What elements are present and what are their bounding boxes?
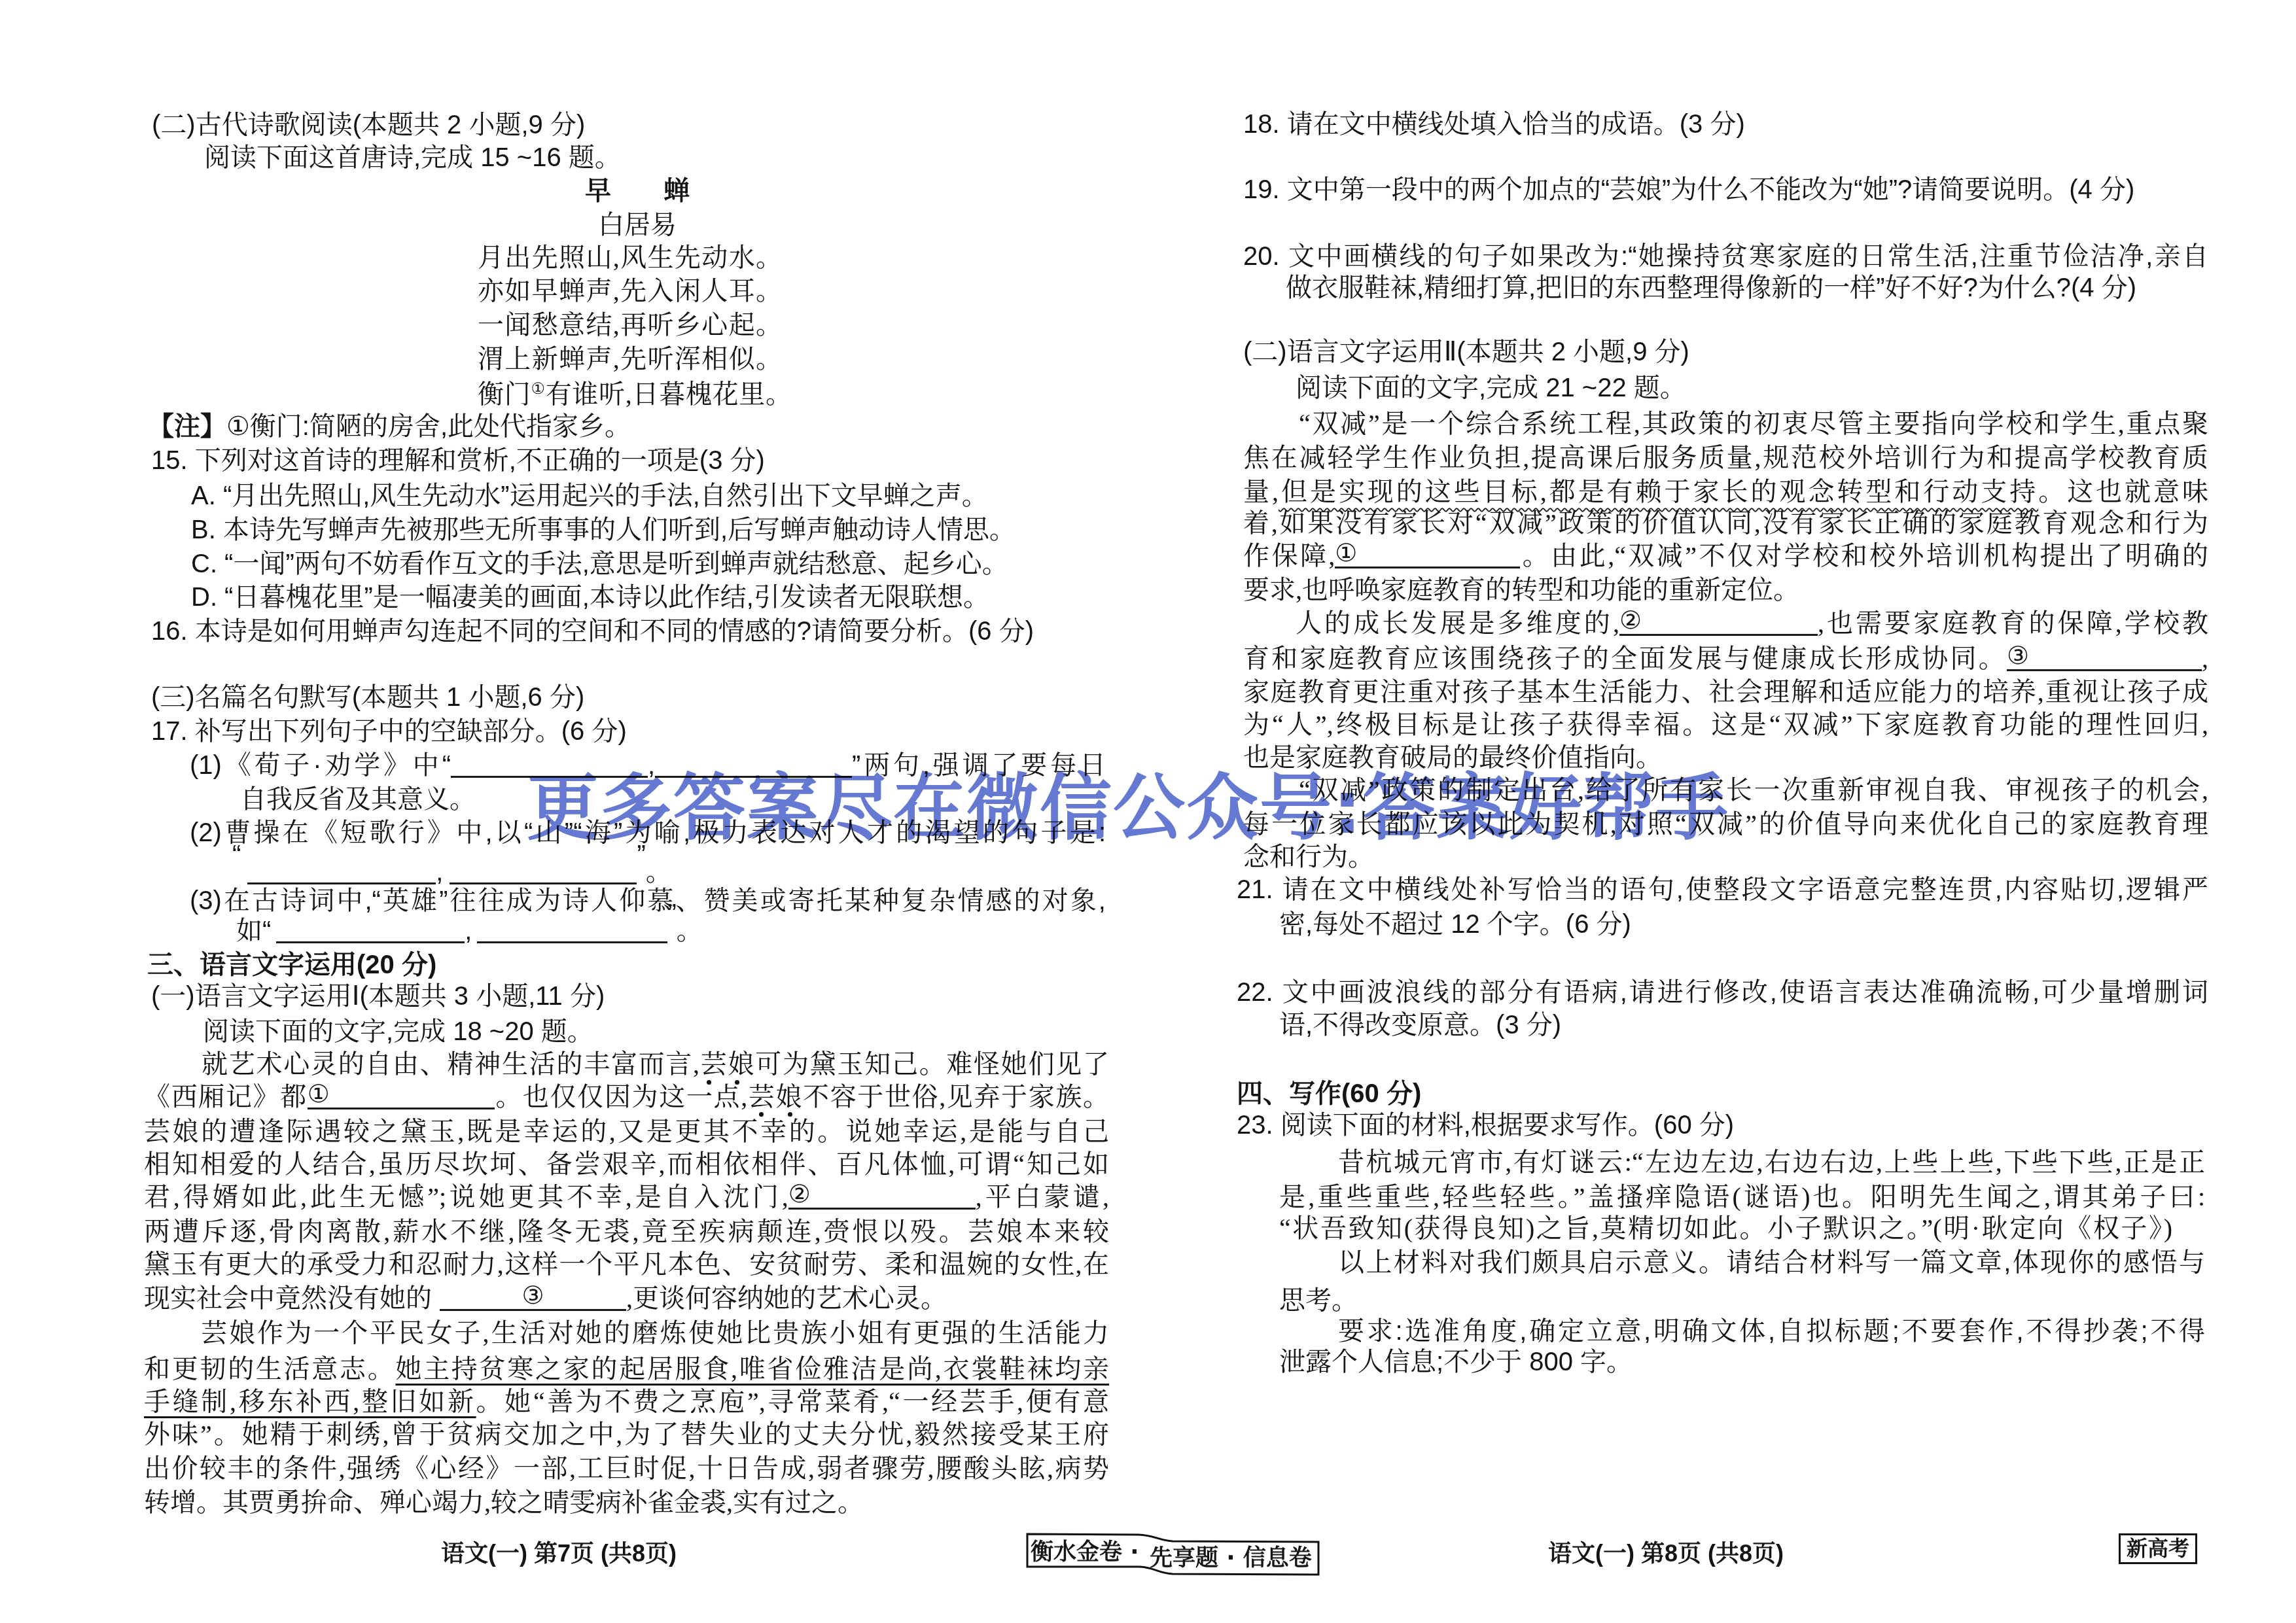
passage-text: 。也仅仅因为这一点,芸娘不容于世俗,见弃于家族。 (495, 1082, 1109, 1111)
passage-text: 量, (1243, 477, 1279, 506)
question-17-item-3: (3)在古诗词中,“英雄”往往成为诗人仰慕、赞美或寄托某种复杂情感的对象, (190, 884, 1106, 917)
watermark-overlay: 更多答案尽在微信公众号:答案好帮手 (527, 772, 1729, 844)
poem-line: 衡门①有谁听,日暮槐花里。 (478, 378, 792, 411)
underlined-sentence: 手缝制,移东补西,整旧如新 (144, 1387, 476, 1416)
passage-text: ,更谈何容纳她的艺术心灵。 (626, 1283, 947, 1313)
part-3-sub-heading: (一)语言文字运用Ⅰ(本题共 3 小题,11 分) (151, 980, 605, 1013)
answer-blank: ① (1335, 540, 1520, 568)
emphasis-dot (788, 1112, 792, 1117)
emphasis-dot (759, 1112, 764, 1117)
part-4-heading: 四、写作(60 分) (1237, 1077, 1421, 1110)
passage-line: 育和家庭教育应该围绕孩子的全面发展与健康成长形成协同。③, (1243, 642, 2208, 675)
open-quote: “ (232, 841, 241, 869)
question-17-item-2-blanks: “,”。 (232, 856, 672, 888)
question-17-item-1-continuation: 自我反省及其意义。 (240, 783, 476, 816)
part-2-heading: (二)语言文字运用Ⅱ(本题共 2 小题,9 分) (1243, 336, 1689, 368)
question-22-stem-continuation: 语,不得改变原意。(3 分) (1279, 1009, 1561, 1041)
passage-line: 手缝制,移东补西,整旧如新。她“善为不费之烹庖”,寻常菜肴,“一经芸手,便有意 (144, 1386, 1109, 1418)
publisher-banner-right: 先享题 · 信息卷 (1150, 1545, 1312, 1571)
footnote-marker: ① (531, 381, 545, 398)
answer-blank: ① (308, 1081, 495, 1109)
period: 。 (677, 916, 703, 945)
poetry-instruction: 阅读下面这首唐诗,完成 15 ~16 题。 (204, 141, 621, 174)
part-2-instruction: 阅读下面的文字,完成 21 ~22 题。 (1296, 372, 1686, 404)
note-label: 【注】 (148, 412, 226, 441)
emphasis-dot (707, 1080, 711, 1085)
part-3-heading: 三、语言文字运用(20 分) (147, 949, 436, 981)
underlined-sentence: 她主持贫寒之家的起居服食,唯省俭雅洁是尚,衣裳鞋袜均亲 (395, 1354, 1109, 1384)
passage-line: 相知相爱的人结合,虽历尽坎坷、备尝艰辛,而相依相伴、百凡体恤,可谓“知己如 (144, 1148, 1109, 1181)
question-19-stem: 19. 文中第一段中的两个加点的“芸娘”为什么不能改为“她”?请简要说明。(4 … (1243, 173, 2134, 206)
passage-text: 《西厢记》都 (144, 1082, 308, 1111)
answer-blank: ③ (2007, 642, 2202, 671)
part-3-instruction: 阅读下面的文字,完成 18 ~20 题。 (203, 1015, 593, 1048)
wavy-underlined-sentence: 但是实现的这些目标,都是有赖于家长的观念转型和行动支持 (1279, 477, 2038, 506)
poem-line-text: 有谁听,日暮槐花里。 (546, 379, 792, 409)
passage-text: 人的成长发展是多维度的, (1296, 608, 1619, 638)
poem-title: 早 蝉 (585, 175, 690, 207)
passage-line: 现实社会中竟然没有她的③,更谈何容纳她的艺术心灵。 (144, 1282, 947, 1315)
passage-line: “双减”是一个综合系统工程,其政策的初衷尽管主要指向学校和学生,重点聚 (1299, 408, 2208, 440)
answer-blank (247, 856, 436, 884)
new-gaokao-badge: 新高考 (2119, 1533, 2197, 1564)
writing-task-line: 以上材料对我们颇具启示意义。请结合材料写一篇文章,体现你的感悟与 (1338, 1246, 2205, 1279)
page-footer-left: 语文(一) 第7页 (共8页) (441, 1537, 677, 1570)
poetry-section-heading: (二)古代诗歌阅读(本题共 2 小题,9 分) (152, 109, 585, 141)
writing-material-line: 是,重些重些,轻些轻些。”盖搔痒隐语(谜语)也。阳明先生闻之,谓其弟子曰: (1279, 1181, 2205, 1213)
passage-text: 作保障, (1243, 541, 1335, 570)
passage-line: 《西厢记》都①。也仅仅因为这一点,芸娘不容于世俗,见弃于家族。 (144, 1081, 1109, 1113)
passage-line: 转增。其贾勇拚命、殚心竭力,较之晴雯病补雀金裘,实有过之。 (144, 1486, 864, 1519)
passage-line: 两遭斥逐,骨肉离散,薪水不继,隆冬无裘,竟至疾病颠连,赍恨以殁。芸娘本来较 (144, 1215, 1109, 1248)
passage-text: 育和家庭教育应该围绕孩子的全面发展与健康成长形成协同。 (1243, 644, 2007, 673)
passage-text: ,也需要家庭教育的保障,学校教 (1818, 608, 2208, 638)
poem-note: 【注】①衡门:简陋的房舍,此处代指家乡。 (148, 410, 631, 443)
answer-blank (276, 915, 465, 943)
passage-line: 外味”。她精于刺绣,曾于贫病交加之中,为了替失业的丈夫分忧,毅然接受某王府 (144, 1418, 1109, 1451)
passage-line: 芸娘的遭逢际遇较之黛玉,既是幸运的,又是更其不幸的。说她幸运,是能与自己 (144, 1115, 1109, 1148)
separator: , (465, 916, 472, 945)
question-16-stem: 16. 本诗是如何用蝉声勾连起不同的空间和不同的情感的?请简要分析。(6 分) (151, 615, 1034, 648)
poem-line: 月出先照山,风生先动水。 (478, 241, 782, 274)
question-21-stem-continuation: 密,每处不超过 12 个字。(6 分) (1279, 908, 1631, 941)
passage-text: ,平白蒙谴, (976, 1182, 1109, 1212)
passage-line: 黛玉有更大的承受力和忍耐力,这样一个平凡本色、安贫耐劳、柔和温婉的女性,在 (144, 1248, 1109, 1281)
question-15-option-c: C. “一闻”两句不妨看作互文的手法,意思是听到蝉声就结愁意、起乡心。 (191, 548, 1008, 580)
exam-paper-spread: (二)古代诗歌阅读(本题共 2 小题,9 分) 阅读下面这首唐诗,完成 15 ~… (0, 0, 2296, 1623)
passage-line: 要求,也呼唤家庭教育的转型和功能的重新定位。 (1243, 574, 1799, 606)
passage-line: 君,得婿如此,此生无憾”;说她更其不幸,是自入沈门,②,平白蒙谴, (144, 1181, 1109, 1213)
question-15-option-b: B. 本诗先写蝉声先被那些无所事事的人们听到,后写蝉声触动诗人情思。 (191, 514, 1016, 546)
question-15-stem: 15. 下列对这首诗的理解和赏析,不正确的一项是(3 分) (151, 444, 765, 477)
passage-line: 为“人”,终极目标是让孩子获得幸福。这是“双减”下家庭教育功能的理性回归, (1243, 708, 2208, 741)
period: 。 (646, 858, 672, 886)
passage-line: 焦在减轻学生作业负担,提高课后服务质量,规范校外培训行为和提高学校教育质 (1243, 442, 2208, 474)
page-footer-right: 语文(一) 第8页 (共8页) (1548, 1537, 1784, 1570)
question-15-option-a: A. “月出先照山,风生先动水”运用起兴的手法,自然引出下文早蝉之声。 (191, 480, 988, 512)
question-20-stem: 20. 文中画横线的句子如果改为:“她操持贫寒家庭的日常生活,注重节俭洁净,亲自 (1243, 240, 2208, 273)
passage-text: 现实社会中竟然没有她的 (144, 1283, 432, 1313)
writing-material-line: 昔杭城元宵市,有灯谜云:“左边左边,右边右边,上些上些,下些下些,正是正 (1338, 1146, 2205, 1179)
writing-task-line: 思考。 (1279, 1284, 1358, 1317)
writing-requirements-line: 要求:选准角度,确定立意,明确文体,自拟标题;不要套作,不得抄袭;不得 (1338, 1315, 2205, 1348)
answer-blank: ③ (440, 1282, 626, 1311)
writing-material-line: “状吾致知(获得良知)之旨,莫精切如此。小子默识之。”(明·耿定向《权子》) (1279, 1212, 2172, 1245)
question-17-stem: 17. 补写出下列句子中的空缺部分。(6 分) (151, 715, 627, 748)
question-22-stem: 22. 文中画波浪线的部分有语病,请进行修改,使语言表达准确流畅,可少量增删词 (1237, 976, 2208, 1009)
passage-text: , (2202, 644, 2208, 673)
poem-line: 亦如早蝉声,先入闲人耳。 (478, 275, 782, 307)
passage-line: 家庭教育更注重对孩子基本生活能力、社会理解和适应能力的培养,重视让孩子成 (1243, 676, 2208, 708)
passage-line: 着,如果没有家长对“双减”政策的价值认同,没有家长正确的家庭教育观念和行为 (1243, 507, 2208, 540)
question-20-stem-continuation: 做衣服鞋袜,精细打算,把旧的东西整理得像新的一样”好不好?为什么?(4 分) (1286, 271, 2136, 304)
passage-text: 。这也就意味 (2038, 477, 2208, 506)
passage-line: 人的成长发展是多维度的,②,也需要家庭教育的保障,学校教 (1296, 607, 2208, 640)
question-15-option-d: D. “日暮槐花里”是一幅凄美的画面,本诗以此作结,引发读者无限联想。 (191, 581, 989, 614)
publisher-banner-left: 衡水金卷 · (1031, 1539, 1139, 1565)
question-18-stem: 18. 请在文中横线处填入恰当的成语。(3 分) (1243, 108, 1745, 141)
passage-line: 芸娘作为一个平民女子,生活对她的磨炼使她比贵族小姐有更强的生活能力 (201, 1317, 1109, 1350)
dictation-section-heading: (三)名篇名句默写(本题共 1 小题,6 分) (151, 681, 584, 714)
answer-blank: ② (1619, 607, 1818, 636)
question-21-stem: 21. 请在文中横线处补写恰当的语句,使整段文字语意完整连贯,内容贴切,逻辑严 (1237, 873, 2208, 906)
poem-author: 白居易 (598, 209, 677, 241)
passage-text: 。她“善为不费之烹庖”,寻常菜肴,“一经芸手,便有意 (476, 1387, 1109, 1416)
poem-line-text: 衡门 (478, 379, 531, 409)
lead-text: 如“ (236, 916, 271, 945)
question-17-item-3-blanks: 如“,”。 (236, 915, 703, 947)
question-23-stem: 23. 阅读下面的材料,根据要求写作。(60 分) (1237, 1109, 1734, 1142)
passage-text: 君,得婿如此,此生无憾”;说她更其不幸,是自入沈门, (144, 1182, 788, 1212)
passage-line: 就艺术心灵的自由、精神生活的丰富而言,芸娘可为黛玉知己。难怪她们见了 (202, 1048, 1109, 1081)
passage-line: 作保障,①。由此,“双减”不仅对学校和校外培训机构提出了明确的 (1243, 540, 2208, 572)
emphasis-dot (735, 1080, 739, 1085)
passage-text: 。由此,“双减”不仅对学校和校外培训机构提出了明确的 (1520, 541, 2208, 570)
writing-requirements-line: 泄露个人信息;不少于 800 字。 (1279, 1346, 1633, 1378)
poem-line: 一闻愁意结,再听乡心起。 (478, 309, 782, 341)
answer-blank (450, 856, 637, 884)
answer-blank: ② (788, 1181, 976, 1210)
passage-line: 量,但是实现的这些目标,都是有赖于家长的观念转型和行动支持。这也就意味 (1243, 476, 2208, 508)
passage-line: 出价较丰的条件,强绣《心经》一部,工巨时促,十日告成,弱者骤劳,腰酸头眩,病势 (144, 1452, 1109, 1485)
close-quote: ” (667, 899, 676, 928)
answer-blank (477, 915, 667, 943)
passage-line: 和更韧的生活意志。她主持贫寒之家的起居服食,唯省俭雅洁是尚,衣裳鞋袜均亲 (144, 1353, 1109, 1386)
note-text: ①衡门:简陋的房舍,此处代指家乡。 (226, 412, 631, 441)
item-text: (1)《荀子·劝学》中“ (190, 751, 451, 780)
separator: , (436, 858, 443, 886)
passage-text: 和更韧的生活意志。 (144, 1354, 395, 1384)
poem-line: 渭上新蝉声,先听浑相似。 (478, 343, 782, 375)
